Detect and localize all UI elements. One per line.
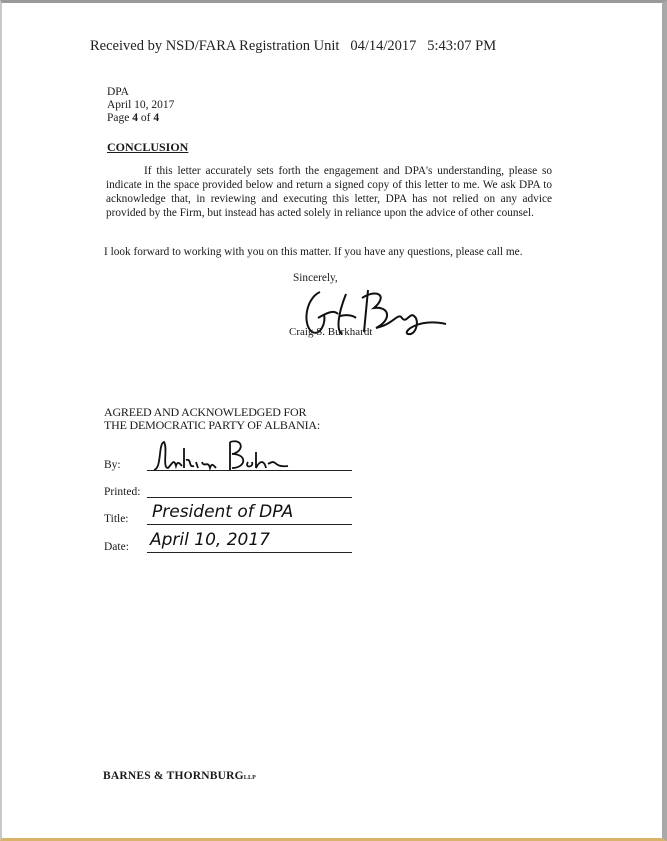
agreement-block-title: AGREED AND ACKNOWLEDGED FOR THE DEMOCRAT… (104, 406, 320, 432)
section-heading: CONCLUSION (107, 140, 188, 155)
by-label: By: (104, 459, 121, 471)
document-page-frame (0, 0, 667, 841)
letter-date: April 10, 2017 (107, 99, 174, 112)
letter-header: DPA April 10, 2017 Page 4 of 4 (107, 86, 174, 125)
printed-line (147, 497, 352, 498)
date-label: Date: (104, 541, 129, 553)
fara-received-stamp: Received by NSD/FARA Registration Unit 0… (90, 38, 496, 55)
title-label: Title: (104, 513, 129, 525)
page-number: Page 4 of 4 (107, 112, 174, 125)
by-signature (148, 438, 298, 478)
firm-logo: BARNES & THORNBURGLLP (103, 770, 256, 782)
title-line (147, 524, 352, 525)
recipient: DPA (107, 86, 174, 99)
signer-name: Craig S. Burkhardt (289, 326, 372, 338)
date-handwritten: April 10, 2017 (150, 530, 270, 550)
conclusion-paragraph: If this letter accurately sets forth the… (106, 164, 552, 220)
printed-label: Printed: (104, 486, 140, 498)
closing-paragraph: I look forward to working with you on th… (104, 246, 523, 258)
date-line (147, 552, 352, 553)
title-handwritten: President of DPA (152, 502, 293, 522)
closing-salutation: Sincerely, (293, 272, 338, 284)
